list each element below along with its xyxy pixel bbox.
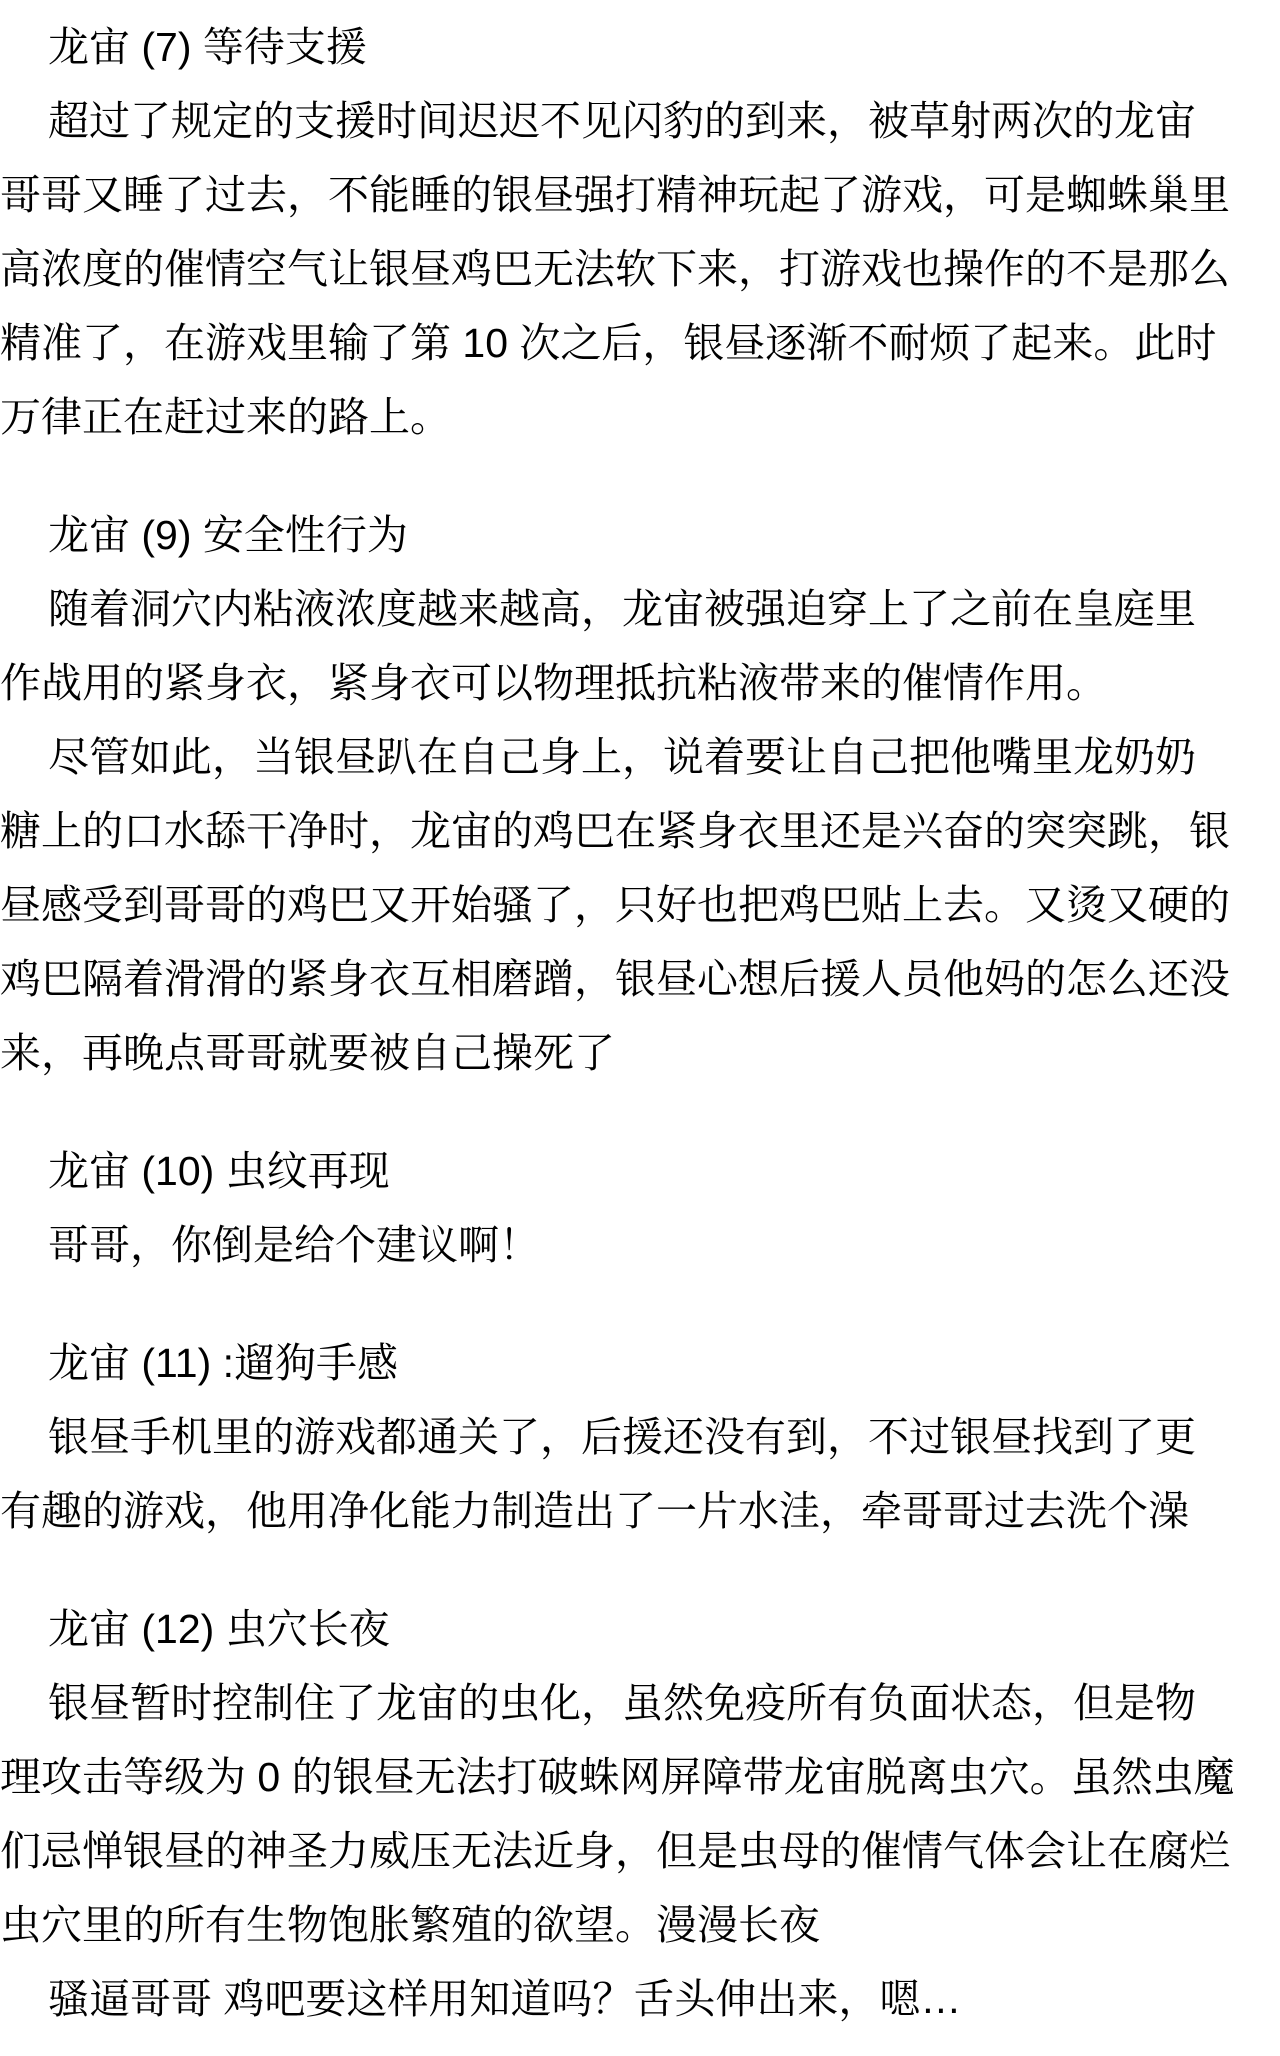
section-title: 龙宙 (10) 虫纹再现	[0, 1134, 1280, 1208]
story-section-7: 龙宙 (7) 等待支援 超过了规定的支援时间迟迟不见闪豹的到来，被草射两次的龙宙…	[0, 10, 1280, 454]
story-paragraph: 银昼手机里的游戏都通关了，后援还没有到，不过银昼找到了更 有趣的游戏，他用净化能…	[0, 1400, 1280, 1548]
section-title: 龙宙 (11) :遛狗手感	[0, 1326, 1280, 1400]
story-paragraph: 超过了规定的支援时间迟迟不见闪豹的到来，被草射两次的龙宙 哥哥又睡了过去，不能睡…	[0, 84, 1280, 454]
section-title: 龙宙 (7) 等待支援	[0, 10, 1280, 84]
story-section-12: 龙宙 (12) 虫穴长夜 银昼暂时控制住了龙宙的虫化，虽然免疫所有负面状态，但是…	[0, 1592, 1280, 2036]
story-paragraph: 尽管如此，当银昼趴在自己身上，说着要让自己把他嘴里龙奶奶 糖上的口水舔干净时，龙…	[0, 720, 1280, 1090]
story-paragraph: 哥哥，你倒是给个建议啊！	[0, 1208, 1280, 1282]
section-title: 龙宙 (9) 安全性行为	[0, 498, 1280, 572]
section-title: 龙宙 (12) 虫穴长夜	[0, 1592, 1280, 1666]
story-section-9: 龙宙 (9) 安全性行为 随着洞穴内粘液浓度越来越高，龙宙被强迫穿上了之前在皇庭…	[0, 498, 1280, 1090]
story-paragraph: 骚逼哥哥 鸡吧要这样用知道吗？舌头伸出来，嗯…	[0, 1962, 1280, 2036]
story-section-10: 龙宙 (10) 虫纹再现 哥哥，你倒是给个建议啊！	[0, 1134, 1280, 1282]
story-paragraph: 银昼暂时控制住了龙宙的虫化，虽然免疫所有负面状态，但是物 理攻击等级为 0 的银…	[0, 1666, 1280, 1962]
document-page: 龙宙 (7) 等待支援 超过了规定的支援时间迟迟不见闪豹的到来，被草射两次的龙宙…	[0, 0, 1280, 2056]
story-section-11: 龙宙 (11) :遛狗手感 银昼手机里的游戏都通关了，后援还没有到，不过银昼找到…	[0, 1326, 1280, 1548]
story-paragraph: 随着洞穴内粘液浓度越来越高，龙宙被强迫穿上了之前在皇庭里 作战用的紧身衣，紧身衣…	[0, 572, 1280, 720]
